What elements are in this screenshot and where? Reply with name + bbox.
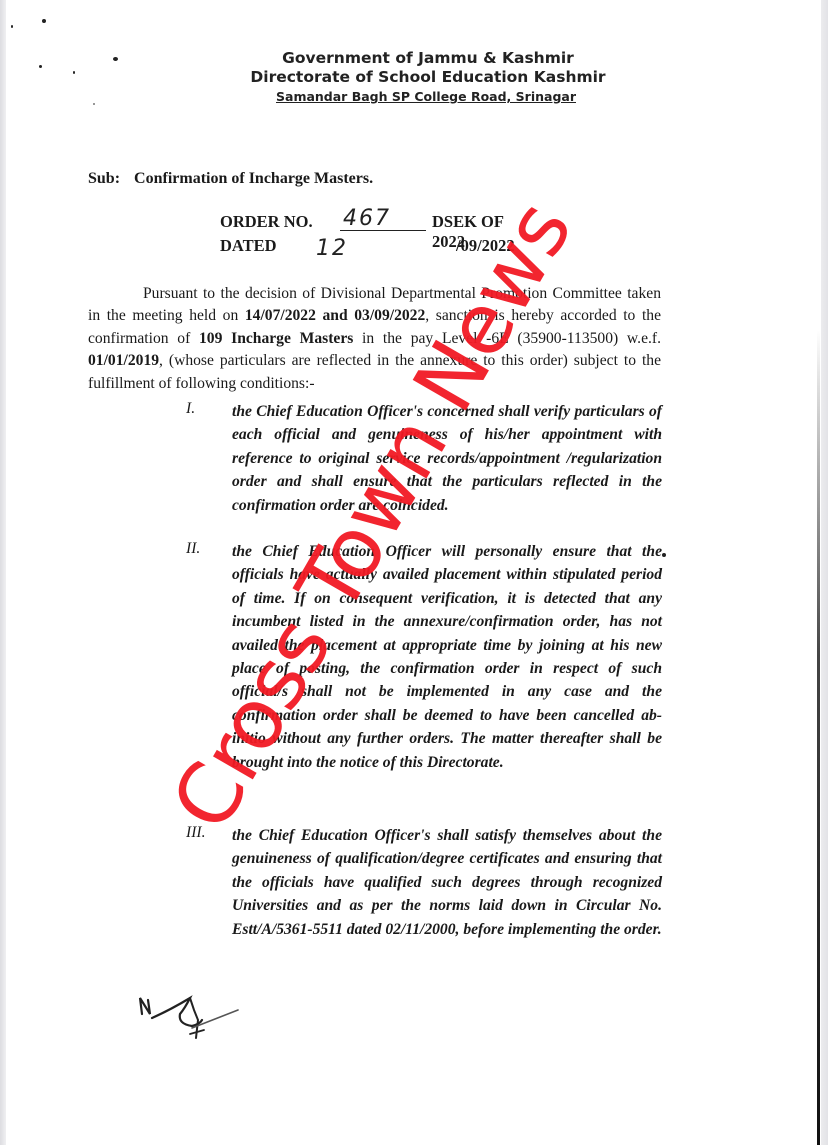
scan-speck [42, 19, 46, 23]
body-emphasis: 01/01/2019 [88, 352, 159, 369]
condition-number: II. [186, 540, 200, 558]
subject-line: Sub: Confirmation of Incharge Masters. [88, 170, 373, 188]
condition-number: III. [186, 824, 205, 842]
header-address: Samandar Bagh SP College Road, Srinagar [12, 89, 828, 104]
signature-initials [130, 980, 250, 1050]
condition-number: I. [186, 400, 195, 418]
body-text: , (whose particulars are reflected in th… [88, 352, 661, 391]
body-paragraph: Pursuant to the decision of Divisional D… [88, 283, 661, 395]
subject-label: Sub: [88, 170, 120, 187]
scan-shadow-right [817, 330, 820, 1145]
order-label: ORDER NO. [220, 212, 313, 231]
dated-label: DATED [220, 236, 277, 255]
condition-text: the Chief Education Officer's shall sati… [232, 824, 662, 941]
body-emphasis: 14/07/2022 and 03/09/2022 [245, 307, 425, 324]
subject-text: Confirmation of Incharge Masters. [134, 170, 373, 187]
order-number-handwritten: 467 [343, 206, 391, 231]
scan-speck [662, 553, 666, 557]
scan-edge-right [821, 0, 828, 1145]
header-directorate: Directorate of School Education Kashmir [14, 68, 828, 86]
body-emphasis: 109 Incharge Masters [199, 330, 353, 347]
scan-speck [11, 25, 13, 28]
header-government: Government of Jammu & Kashmir [14, 49, 828, 67]
dated-day-handwritten: 12 [316, 236, 348, 261]
scan-edge-left [0, 0, 6, 1145]
